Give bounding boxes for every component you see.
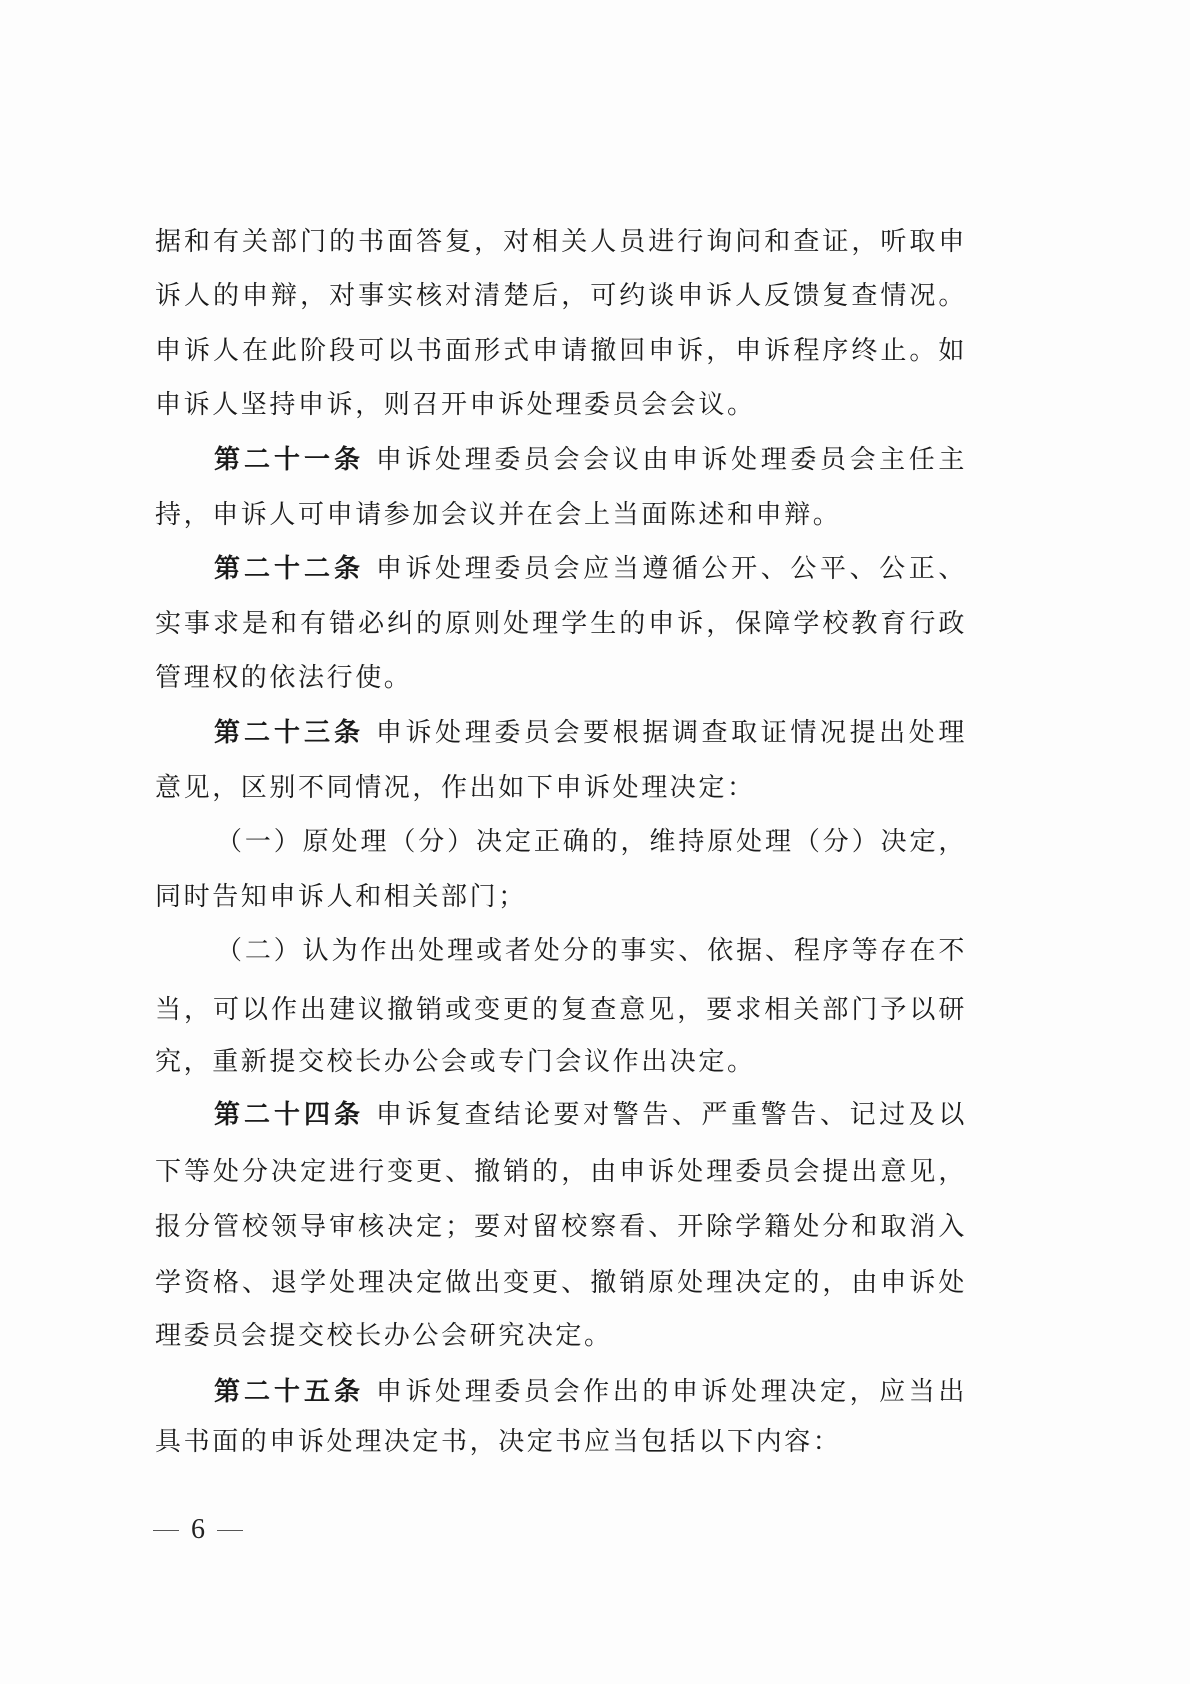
body-line-3: 申诉人在此阶段可以书面形式申请撤回申诉，申诉程序终止。如: [155, 331, 967, 371]
article-number: 第二十五条: [214, 1377, 364, 1407]
dash-left: [153, 1530, 179, 1531]
dash-right: [217, 1530, 243, 1531]
article-24-line-4: 学资格、退学处理决定做出变更、撤销原处理决定的，由申诉处: [155, 1263, 967, 1303]
article-24-line-1: 第二十四条 申诉复查结论要对警告、严重警告、记过及以: [214, 1095, 967, 1135]
article-text: 申诉处理委员会作出的申诉处理决定，应当出: [376, 1377, 967, 1407]
article-25-line-2: 具书面的申诉处理决定书，决定书应当包括以下内容：: [155, 1422, 967, 1462]
item-1-line-1: （一）原处理（分）决定正确的，维持原处理（分）决定，: [216, 822, 967, 862]
body-line-4: 申诉人坚持申诉，则召开申诉处理委员会会议。: [155, 385, 967, 425]
page-number-value: 6: [191, 1512, 205, 1548]
item-2-line-1: （二）认为作出处理或者处分的事实、依据、程序等存在不: [216, 931, 967, 971]
article-number: 第二十三条: [214, 718, 364, 748]
article-text: 申诉处理委员会应当遵循公开、公平、公正、: [376, 554, 967, 584]
article-text: 申诉处理委员会会议由申诉处理委员会主任主: [376, 445, 967, 475]
body-line-1: 据和有关部门的书面答复，对相关人员进行询问和查证，听取申: [155, 222, 967, 262]
article-21-line-2: 持，申诉人可申请参加会议并在会上当面陈述和申辩。: [155, 495, 967, 535]
article-number: 第二十一条: [214, 445, 364, 475]
article-25-line-1: 第二十五条 申诉处理委员会作出的申诉处理决定，应当出: [214, 1372, 967, 1412]
article-text: 申诉复查结论要对警告、严重警告、记过及以: [376, 1100, 967, 1130]
article-24-line-5: 理委员会提交校长办公会研究决定。: [155, 1316, 967, 1356]
article-text: 申诉处理委员会要根据调查取证情况提出处理: [376, 718, 967, 748]
item-2-line-2: 当，可以作出建议撤销或变更的复查意见，要求相关部门予以研: [155, 990, 967, 1030]
article-24-line-3: 报分管校领导审核决定；要对留校察看、开除学籍处分和取消入: [155, 1207, 967, 1247]
item-1-line-2: 同时告知申诉人和相关部门；: [155, 877, 967, 917]
article-24-line-2: 下等处分决定进行变更、撤销的，由申诉处理委员会提出意见，: [155, 1152, 967, 1192]
article-23-line-2: 意见，区别不同情况，作出如下申诉处理决定：: [155, 768, 967, 808]
article-21-line-1: 第二十一条 申诉处理委员会会议由申诉处理委员会主任主: [214, 440, 967, 480]
page-number: 6: [153, 1512, 243, 1548]
article-23-line-1: 第二十三条 申诉处理委员会要根据调查取证情况提出处理: [214, 713, 967, 753]
article-22-line-3: 管理权的依法行使。: [155, 658, 967, 698]
article-number: 第二十二条: [214, 554, 364, 584]
body-line-2: 诉人的申辩，对事实核对清楚后，可约谈申诉人反馈复查情况。: [155, 276, 967, 316]
document-page: 据和有关部门的书面答复，对相关人员进行询问和查证，听取申 诉人的申辩，对事实核对…: [0, 0, 1190, 1684]
article-number: 第二十四条: [214, 1100, 364, 1130]
article-22-line-1: 第二十二条 申诉处理委员会应当遵循公开、公平、公正、: [214, 549, 967, 589]
item-2-line-3: 究，重新提交校长办公会或专门会议作出决定。: [155, 1042, 967, 1082]
article-22-line-2: 实事求是和有错必纠的原则处理学生的申诉，保障学校教育行政: [155, 604, 967, 644]
